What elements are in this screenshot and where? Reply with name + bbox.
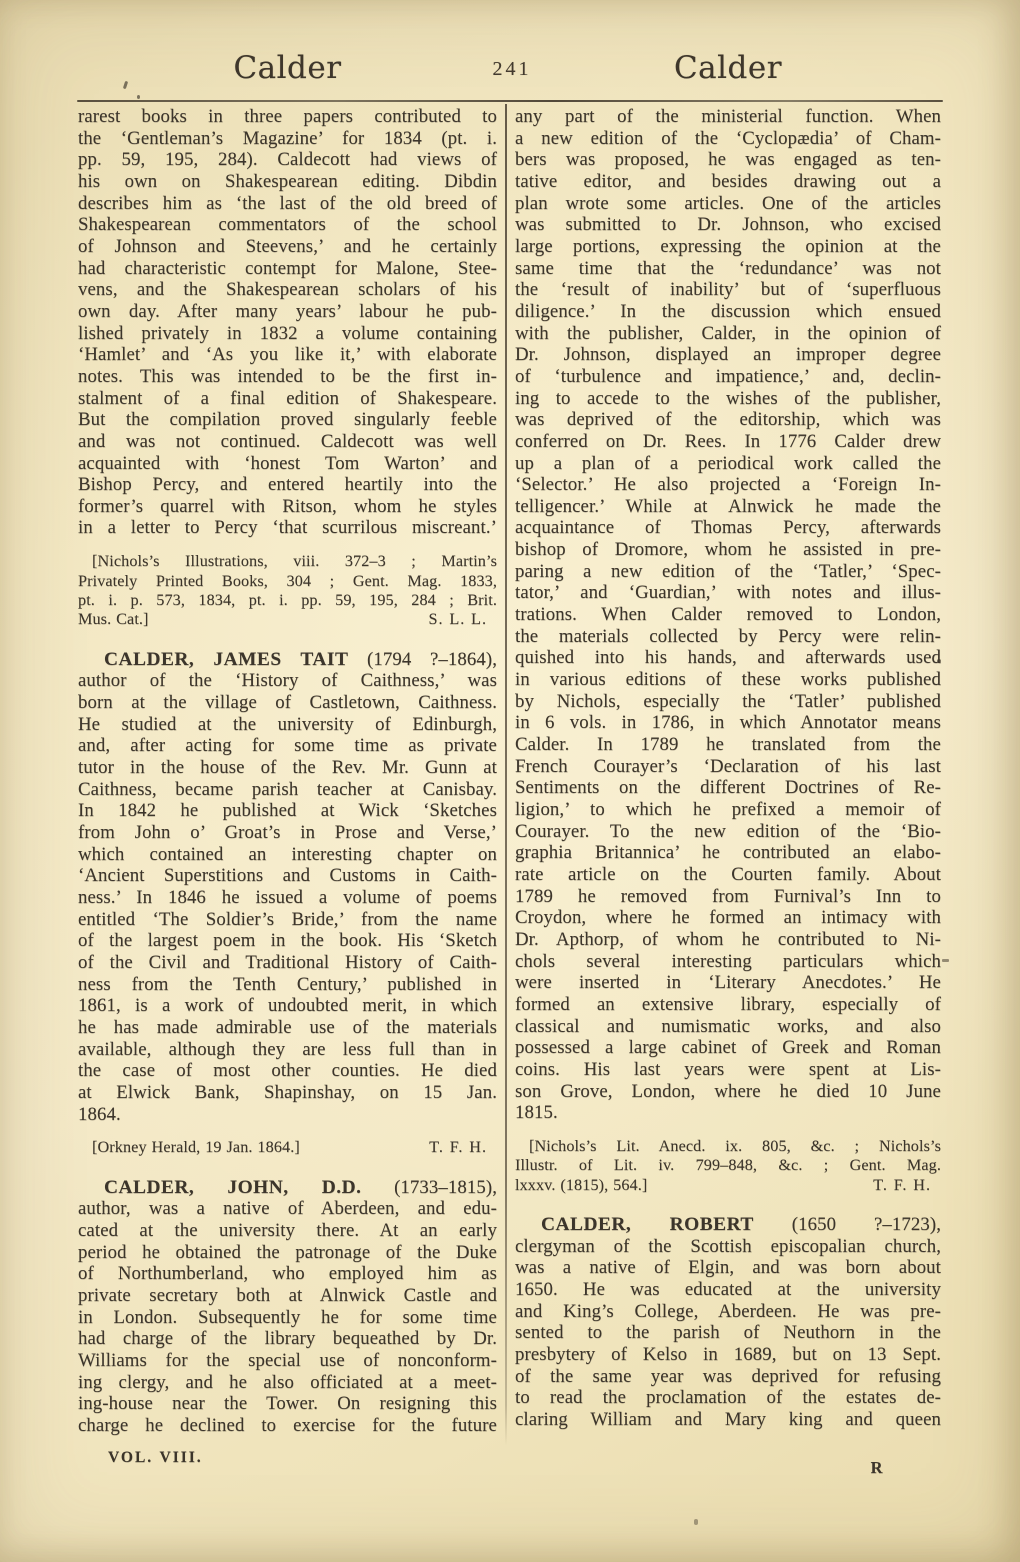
text-line: large portions, expressing the opinion a…	[515, 236, 941, 258]
text-line: author, was a native of Aberdeen, and ed…	[78, 1198, 497, 1220]
text-line: Dr. Apthorp, of whom he contributed to N…	[515, 929, 941, 951]
text-line: 1815.	[515, 1102, 941, 1124]
text-line: was submitted to Dr. Johnson, who excise…	[515, 214, 941, 236]
gathering-signature-mark: R	[515, 1457, 941, 1479]
text-line: the ‘Gentleman’s Magazine’ for 1834 (pt.…	[78, 128, 497, 150]
text-line: tator,’ and ‘Guardian,’ with notes and i…	[515, 582, 941, 604]
text-line: any part of the ministerial function. Wh…	[515, 106, 941, 128]
entry-dates: (1794 ?–1864),	[367, 649, 497, 670]
citation-last-line: lxxxv. (1815), 564.] T. F. H.	[515, 1176, 941, 1195]
text-line: ness.’ In 1846 he issued a volume of poe…	[78, 887, 497, 909]
text-line: describes him as ‘the last of the old br…	[78, 193, 497, 215]
text-line: of ‘turbulence and impatience,’ and, dec…	[515, 366, 941, 388]
left-column: rarest books in three papers contributed…	[78, 106, 497, 1469]
paragraph-caldecott-continuation: rarest books in three papers contributed…	[78, 106, 497, 539]
text-line: formed an extensive library, especially …	[515, 994, 941, 1016]
text-line: and King’s College, Aberdeen. He was pre…	[515, 1301, 941, 1323]
text-line: ness from the Tenth Century,’ published …	[78, 974, 497, 996]
citation-caldecott: [Nichols’s Illustrations, viii. 372–3 ; …	[78, 552, 497, 630]
entry-body: author of the ‘History of Caithness,’ wa…	[78, 670, 497, 1125]
text-line: ‘Ancient Superstitions and Customs in Ca…	[78, 865, 497, 887]
text-line: of Johnson and Steevens,’ and he certain…	[78, 236, 497, 258]
entry-body: author, was a native of Aberdeen, and ed…	[78, 1198, 497, 1436]
text-line: French Courayer’s ‘Declaration of his la…	[515, 756, 941, 778]
text-line: tative editor, and besides drawing out a	[515, 171, 941, 193]
text-line: tutor in the house of the Rev. Mr. Gunn …	[78, 757, 497, 779]
entry-dates: (1650 ?–1723),	[792, 1214, 941, 1235]
text-line: Privately Printed Books, 304 ; Gent. Mag…	[78, 572, 497, 591]
text-line: the case of most other counties. He died	[78, 1060, 497, 1082]
text-line: 1789 he removed from Furnival’s Inn to	[515, 886, 941, 908]
text-line: were inserted in ‘Literary Anecdotes.’ H…	[515, 972, 941, 994]
text-line: son Grove, London, where he died 10 June	[515, 1081, 941, 1103]
entry-heading-line: CALDER, JOHN, D.D. (1733–1815),	[78, 1177, 497, 1199]
text-line: same time that the ‘redundance’ was not	[515, 258, 941, 280]
text-line: he has made admirable use of the materia…	[78, 1017, 497, 1039]
text-line: the materials collected by Percy were re…	[515, 626, 941, 648]
text-line: from John o’ Groat’s in Prose and Verse,…	[78, 822, 497, 844]
header-rule	[77, 100, 943, 102]
entry-heading-line: CALDER, JAMES TAIT (1794 ?–1864),	[78, 649, 497, 671]
ink-speck	[694, 1519, 698, 1525]
running-head-left-title: Calder	[78, 48, 497, 88]
running-head: Calder 241 Calder	[0, 48, 1020, 92]
text-line: Williams for the special use of nonconfo…	[78, 1350, 497, 1372]
text-line: Dr. Johnson, displayed an improper degre…	[515, 344, 941, 366]
text-line: sented to the parish of Neuthorn in the	[515, 1322, 941, 1344]
text-line: Bishop Percy, and entered heartily into …	[78, 474, 497, 496]
entry-name: CALDER, JAMES TAIT	[104, 649, 348, 670]
citation-james-tait: [Orkney Herald, 19 Jan. 1864.] T. F. H.	[78, 1138, 497, 1157]
text-line: stalment of a final edition of Shakespea…	[78, 388, 497, 410]
text-line: [Nichols’s Lit. Anecd. ix. 805, &c. ; Ni…	[515, 1137, 941, 1156]
text-line: Shakespearean commentators of the school	[78, 214, 497, 236]
text-line: available, although they are less full t…	[78, 1039, 497, 1061]
text-line: his own on Shakespearean editing. Dibdin	[78, 171, 497, 193]
contributor-initials: S. L. L.	[428, 610, 497, 629]
paragraph-john-continuation: any part of the ministerial function. Wh…	[515, 106, 941, 1124]
text-line: was a native of Elgin, and was born abou…	[515, 1257, 941, 1279]
text-line: Illustr. of Lit. iv. 799–848, &c. ; Gent…	[515, 1156, 941, 1175]
text-line: presbytery of Kelso in 1689, but on 13 S…	[515, 1344, 941, 1366]
text-line: pt. i. p. 573, 1834, pt. i. pp. 59, 195,…	[78, 591, 497, 610]
text-line: a new edition of the ‘Cyclopædia’ of Cha…	[515, 128, 941, 150]
text-line: born at the village of Castletown, Caith…	[78, 692, 497, 714]
ink-speck	[137, 95, 140, 99]
text-line: ing clergy, and he also officiated at a …	[78, 1372, 497, 1394]
text-line: diligence.’ In the discussion which ensu…	[515, 301, 941, 323]
text-line: classical and numismatic works, and also	[515, 1016, 941, 1038]
text-line: conferred on Dr. Rees. In 1776 Calder dr…	[515, 431, 941, 453]
entry-calder-robert: CALDER, ROBERT (1650 ?–1723), clergyman …	[515, 1214, 941, 1431]
text-line: But the compilation proved singularly fe…	[78, 409, 497, 431]
text-line: by Nichols, especially the ‘Tatler’ publ…	[515, 691, 941, 713]
text-line: private secretary both at Alnwick Castle…	[78, 1285, 497, 1307]
text-line: rarest books in three papers contributed…	[78, 106, 497, 128]
text-line: author of the ‘History of Caithness,’ wa…	[78, 670, 497, 692]
text-line: was deprived of the editorship, which wa…	[515, 409, 941, 431]
running-head-right-title: Calder	[515, 48, 941, 88]
text-line: ‘Hamlet’ and ‘As you like it,’ with elab…	[78, 344, 497, 366]
text-line: Sentiments on the different Doctrines of…	[515, 777, 941, 799]
text-line: and, after acting for some time as priva…	[78, 735, 497, 757]
citation-last-line: [Orkney Herald, 19 Jan. 1864.] T. F. H.	[78, 1138, 497, 1157]
citation-tail: lxxxv. (1815), 564.]	[515, 1176, 647, 1195]
text-line: with the publisher, Calder, in the opini…	[515, 323, 941, 345]
entry-name: CALDER, ROBERT	[541, 1214, 754, 1235]
text-line: Croydon, where he formed an intimacy wit…	[515, 907, 941, 929]
text-line: acquaintance of Thomas Percy, afterwards	[515, 517, 941, 539]
text-line: in various editions of these works publi…	[515, 669, 941, 691]
text-line: claring William and Mary king and queen	[515, 1409, 941, 1431]
text-line: entitled ‘The Soldier’s Bride,’ from the…	[78, 909, 497, 931]
citation-john: [Nichols’s Lit. Anecd. ix. 805, &c. ; Ni…	[515, 1137, 941, 1195]
contributor-initials: T. F. H.	[429, 1138, 497, 1157]
citation-last-line: Mus. Cat.] S. L. L.	[78, 610, 497, 629]
text-line: Courayer. To the new edition of the ‘Bio…	[515, 821, 941, 843]
text-line: of the same year was deprived for refusi…	[515, 1366, 941, 1388]
citation-tail: Mus. Cat.]	[78, 610, 149, 629]
text-line: up a plan of a periodical work called th…	[515, 453, 941, 475]
book-page-scan: Calder 241 Calder rarest books in three …	[0, 0, 1020, 1562]
text-line: bers was proposed, he was engaged as ten…	[515, 149, 941, 171]
text-line: 1650. He was educated at the university	[515, 1279, 941, 1301]
text-line: in 6 vols. in 1786, in which Annotator m…	[515, 712, 941, 734]
text-line: which contained an interesting chapter o…	[78, 844, 497, 866]
text-line: 1861, is a work of undoubted merit, in w…	[78, 995, 497, 1017]
text-line: at Elwick Bank, Shapinshay, on 15 Jan.	[78, 1082, 497, 1104]
text-line: Caithness, became parish teacher at Cani…	[78, 779, 497, 801]
contributor-initials: T. F. H.	[873, 1176, 941, 1195]
ink-speck	[942, 959, 949, 962]
text-line: charge he declined to exercise for the f…	[78, 1415, 497, 1437]
text-line: own day. After many years’ labour he pub…	[78, 301, 497, 323]
text-line: paring a new edition of the ‘Tatler,’ ‘S…	[515, 561, 941, 583]
text-line: bishop of Dromore, whom he assisted in p…	[515, 539, 941, 561]
citation-tail: [Orkney Herald, 19 Jan. 1864.]	[92, 1138, 300, 1157]
text-line: ing-house near the Tower. On resigning t…	[78, 1393, 497, 1415]
text-line: trations. When Calder removed to London,	[515, 604, 941, 626]
text-line: possessed a large cabinet of Greek and R…	[515, 1037, 941, 1059]
text-line: acquainted with ‘honest Tom Warton’ and	[78, 453, 497, 475]
text-line: ‘Selector.’ He also projected a ‘Foreign…	[515, 474, 941, 496]
text-line: quished into his hands, and afterwards u…	[515, 647, 941, 669]
text-line: in a letter to Percy ‘that scurrilous mi…	[78, 517, 497, 539]
text-line: period he obtained the patronage of the …	[78, 1242, 497, 1264]
text-line: pp. 59, 195, 284). Caldecott had views o…	[78, 149, 497, 171]
text-line: coins. His last years were spent at Lis-	[515, 1059, 941, 1081]
text-line: chols several interesting particulars wh…	[515, 951, 941, 973]
citation-body: [Nichols’s Lit. Anecd. ix. 805, &c. ; Ni…	[515, 1137, 941, 1176]
text-line: clergyman of the Scottish episcopalian c…	[515, 1236, 941, 1258]
text-line: had characteristic contempt for Malone, …	[78, 258, 497, 280]
text-line: in London. Subsequently he for some time	[78, 1307, 497, 1329]
text-line: rate article on the Courten family. Abou…	[515, 864, 941, 886]
text-line: Calder. In 1789 he translated from the	[515, 734, 941, 756]
text-line: vens, and the Shakespearean scholars of …	[78, 279, 497, 301]
text-line: He studied at the university of Edinburg…	[78, 714, 497, 736]
text-line: the ‘result of inability’ but of ‘superf…	[515, 279, 941, 301]
entry-calder-john: CALDER, JOHN, D.D. (1733–1815), author, …	[78, 1177, 497, 1437]
volume-footer: VOL. VIII.	[78, 1447, 497, 1469]
text-line: and was not continued. Caldecott was wel…	[78, 431, 497, 453]
citation-body: [Nichols’s Illustrations, viii. 372–3 ; …	[78, 552, 497, 610]
text-line: graphia Britannica’ he contributed an el…	[515, 842, 941, 864]
entry-calder-james-tait: CALDER, JAMES TAIT (1794 ?–1864), author…	[78, 649, 497, 1125]
entry-heading-line: CALDER, ROBERT (1650 ?–1723),	[515, 1214, 941, 1236]
text-line: notes. This was intended to be the first…	[78, 366, 497, 388]
right-column: any part of the ministerial function. Wh…	[515, 106, 941, 1478]
text-line: In 1842 he published at Wick ‘Sketches	[78, 800, 497, 822]
text-line: lished privately in 1832 a volume contai…	[78, 323, 497, 345]
text-line: to read the proclamation of the estates …	[515, 1387, 941, 1409]
text-line: former’s quarrel with Ritson, whom he st…	[78, 496, 497, 518]
text-line: telligencer.’ While at Alnwick he made t…	[515, 496, 941, 518]
text-line: 1864.	[78, 1104, 497, 1126]
text-line: plan wrote some articles. One of the art…	[515, 193, 941, 215]
text-line: ing to accede to the wishes of the publi…	[515, 388, 941, 410]
text-line: had charge of the library bequeathed by …	[78, 1328, 497, 1350]
text-line: ligion,’ to which he prefixed a memoir o…	[515, 799, 941, 821]
entry-name: CALDER, JOHN, D.D.	[104, 1177, 361, 1198]
text-line: of the Civil and Traditional History of …	[78, 952, 497, 974]
text-line: [Nichols’s Illustrations, viii. 372–3 ; …	[78, 552, 497, 571]
text-line: of Northumberland, who employed him as	[78, 1263, 497, 1285]
entry-body: clergyman of the Scottish episcopalian c…	[515, 1236, 941, 1431]
column-divider-rule	[505, 104, 507, 1446]
text-line: of the largest poem in the book. His ‘Sk…	[78, 930, 497, 952]
entry-dates: (1733–1815),	[394, 1177, 497, 1198]
text-line: cated at the university there. At an ear…	[78, 1220, 497, 1242]
